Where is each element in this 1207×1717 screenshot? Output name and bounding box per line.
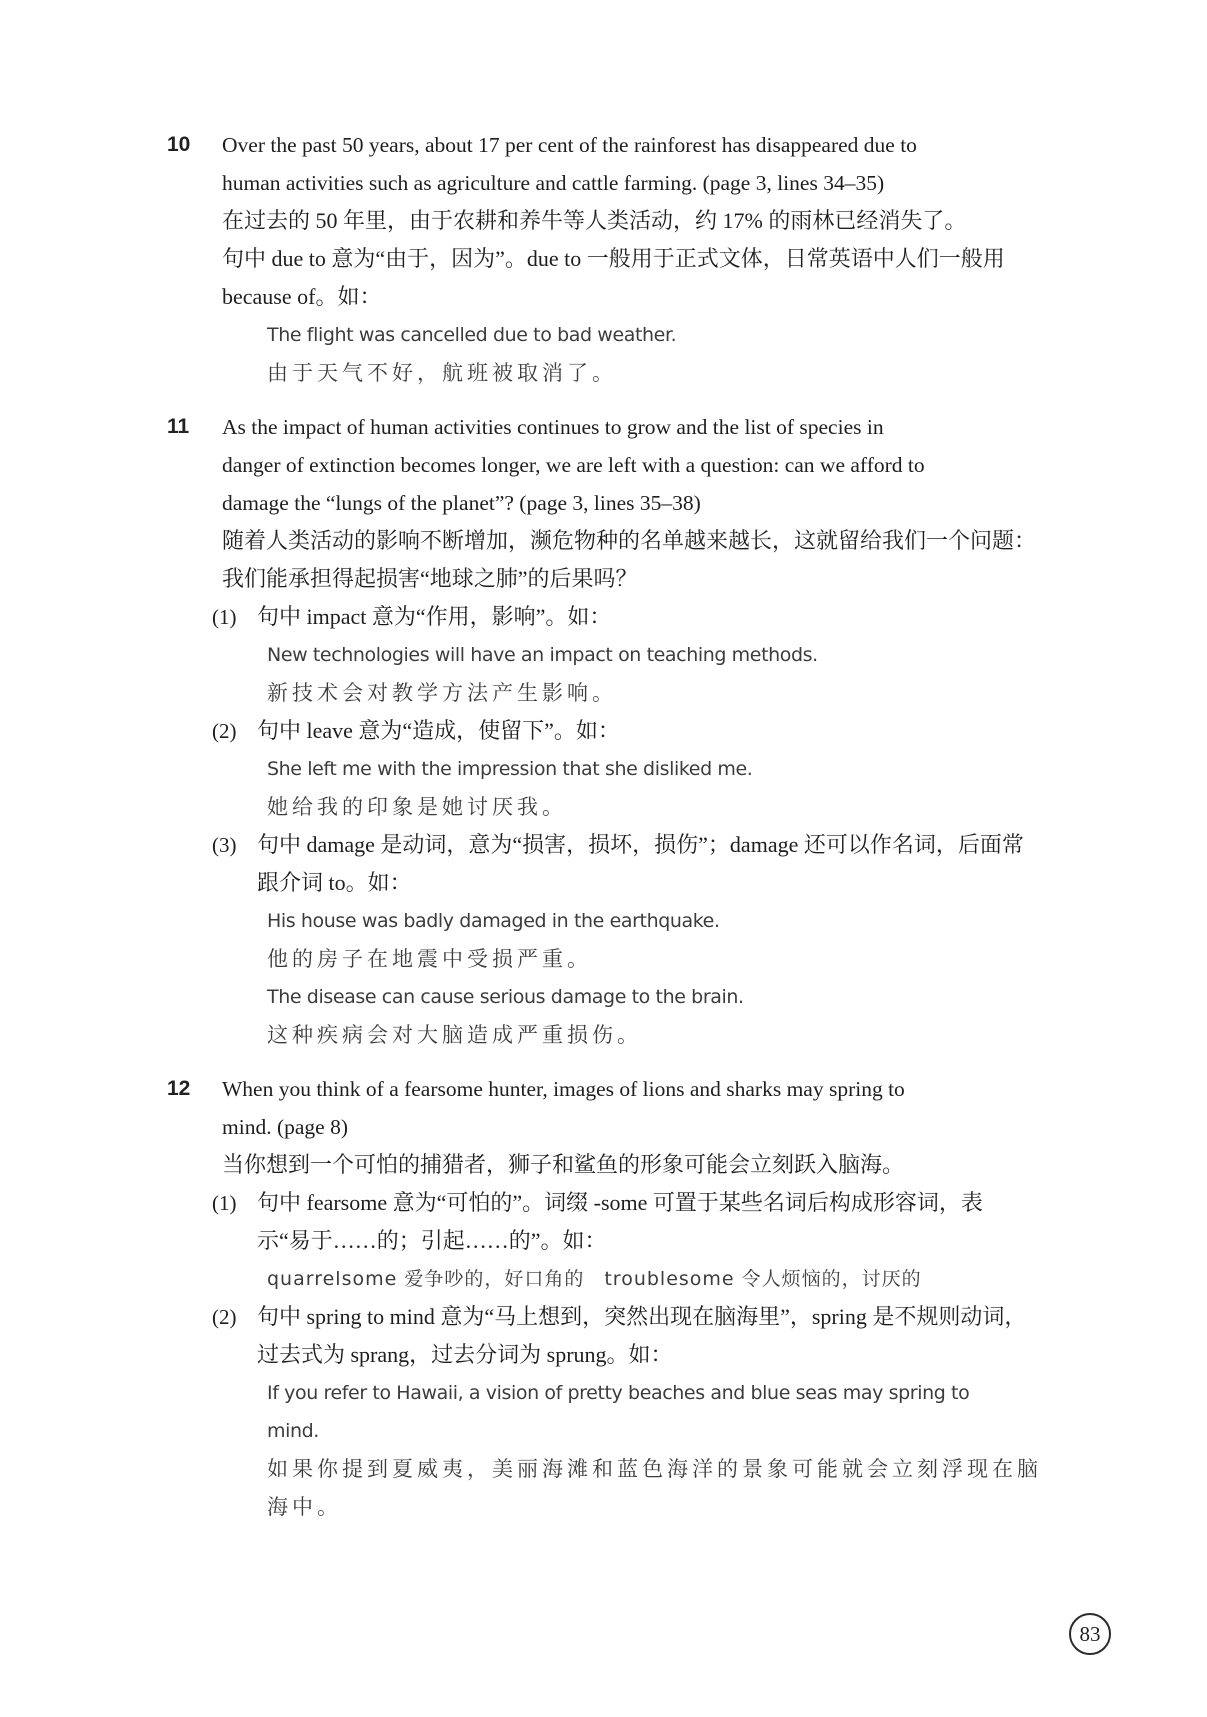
- item-number: 12: [167, 1070, 222, 1108]
- example-line: quarrelsome 爱争吵的，好口角的 troublesome 令人烦恼的，…: [267, 1260, 1067, 1298]
- sub-point-text: 句中 spring to mind 意为“马上想到，突然出现在脑海里”，spri…: [257, 1298, 1026, 1336]
- translation-line: 当你想到一个可怕的捕猎者，狮子和鲨鱼的形象可能会立刻跃入脑海。: [222, 1146, 1067, 1184]
- sub-point-text: 句中 leave 意为“造成，使留下”。如：: [257, 712, 620, 750]
- example-translation-line: 海中。: [267, 1488, 1067, 1526]
- sentence-line: danger of extinction becomes longer, we …: [222, 446, 1067, 484]
- item-number: 10: [167, 126, 222, 164]
- sentence-line: human activities such as agriculture and…: [222, 164, 1067, 202]
- sentence-line: damage the “lungs of the planet”? (page …: [222, 484, 1067, 522]
- example-translation-line: 如果你提到夏威夷，美丽海滩和蓝色海洋的景象可能就会立刻浮现在脑: [267, 1450, 1067, 1488]
- note-item: 12When you think of a fearsome hunter, i…: [167, 1070, 1067, 1526]
- sub-point: (1)句中 impact 意为“作用，影响”。如：: [212, 598, 1067, 636]
- sub-point-continuation: 过去式为 sprang，过去分词为 sprung。如：: [257, 1336, 1067, 1374]
- sub-point-marker: (2): [212, 712, 257, 750]
- item-body: When you think of a fearsome hunter, ima…: [222, 1070, 1067, 1526]
- sub-point-marker: (1): [212, 1184, 257, 1222]
- sub-point-continuation: 跟介词 to。如：: [257, 864, 1067, 902]
- sub-point-marker: (2): [212, 1298, 257, 1336]
- example-translation-line: 新技术会对教学方法产生影响。: [267, 674, 1067, 712]
- item-body: As the impact of human activities contin…: [222, 408, 1067, 1054]
- item-body: Over the past 50 years, about 17 per cen…: [222, 126, 1067, 392]
- sub-point-text: 句中 fearsome 意为“可怕的”。词缀 -some 可置于某些名词后构成形…: [257, 1184, 983, 1222]
- example-translation-line: 她给我的印象是她讨厌我。: [267, 788, 1067, 826]
- translation-line: 在过去的 50 年里，由于农耕和养牛等人类活动，约 17% 的雨林已经消失了。: [222, 202, 1067, 240]
- sentence-line: When you think of a fearsome hunter, ima…: [222, 1070, 1067, 1108]
- example-translation-line: 这种疾病会对大脑造成严重损伤。: [267, 1016, 1067, 1054]
- sentence-line: mind. (page 8): [222, 1108, 1067, 1146]
- translation-line: 句中 due to 意为“由于，因为”。due to 一般用于正式文体，日常英语…: [222, 240, 1067, 278]
- example-line: The disease can cause serious damage to …: [267, 978, 1067, 1016]
- example-translation-line: 他的房子在地震中受损严重。: [267, 940, 1067, 978]
- sub-point-marker: (3): [212, 826, 257, 864]
- sentence-line: Over the past 50 years, about 17 per cen…: [222, 126, 1067, 164]
- translation-line: because of。如：: [222, 278, 1067, 316]
- sentence-line: As the impact of human activities contin…: [222, 408, 1067, 446]
- sub-point: (1)句中 fearsome 意为“可怕的”。词缀 -some 可置于某些名词后…: [212, 1184, 1067, 1222]
- sub-point-marker: (1): [212, 598, 257, 636]
- sub-point-text: 句中 impact 意为“作用，影响”。如：: [257, 598, 611, 636]
- translation-line: 我们能承担得起损害“地球之肺”的后果吗？: [222, 560, 1067, 598]
- example-line: The flight was cancelled due to bad weat…: [267, 316, 1067, 354]
- translation-line: 随着人类活动的影响不断增加，濒危物种的名单越来越长，这就留给我们一个问题：: [222, 522, 1067, 560]
- note-item: 10Over the past 50 years, about 17 per c…: [167, 126, 1067, 392]
- example-line: New technologies will have an impact on …: [267, 636, 1067, 674]
- example-line: She left me with the impression that she…: [267, 750, 1067, 788]
- example-translation-line: 由于天气不好，航班被取消了。: [267, 354, 1067, 392]
- item-number: 11: [167, 408, 222, 446]
- sub-point-text: 句中 damage 是动词，意为“损害，损坏，损伤”；damage 还可以作名词…: [257, 826, 1024, 864]
- page-number: 83: [1080, 1622, 1101, 1647]
- sub-point: (2)句中 spring to mind 意为“马上想到，突然出现在脑海里”，s…: [212, 1298, 1067, 1336]
- sub-point: (3)句中 damage 是动词，意为“损害，损坏，损伤”；damage 还可以…: [212, 826, 1067, 864]
- example-line: If you refer to Hawaii, a vision of pret…: [267, 1374, 1067, 1412]
- note-item: 11As the impact of human activities cont…: [167, 408, 1067, 1054]
- notes-list: 10Over the past 50 years, about 17 per c…: [167, 126, 1067, 1526]
- page-number-badge: 83: [1069, 1613, 1111, 1655]
- example-line: mind.: [267, 1412, 1067, 1450]
- sub-point: (2)句中 leave 意为“造成，使留下”。如：: [212, 712, 1067, 750]
- sub-point-continuation: 示“易于……的；引起……的”。如：: [257, 1222, 1067, 1260]
- example-line: His house was badly damaged in the earth…: [267, 902, 1067, 940]
